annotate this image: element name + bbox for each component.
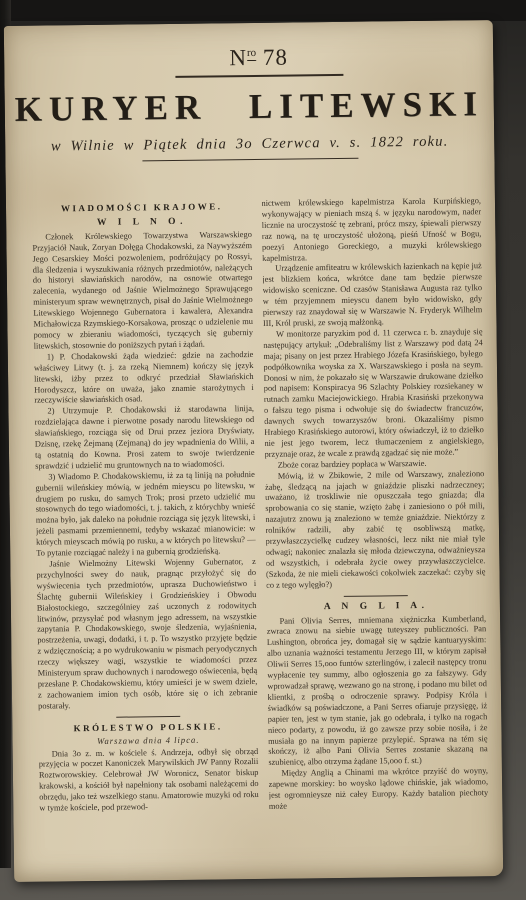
masthead-rule-bottom bbox=[142, 157, 358, 161]
masthead-rule-top bbox=[175, 74, 343, 78]
para: 1) P. Chodakowski żąda wiedzieć: gdzie n… bbox=[34, 350, 254, 407]
masthead: Nro 78 KURYER LITEWSKI w Wilnie w Piątek… bbox=[4, 20, 495, 163]
para: 3) Wiadomo P. Chodakowskiemu, iż za tą l… bbox=[35, 470, 256, 560]
issue-number: Nro 78 bbox=[14, 42, 503, 74]
rule bbox=[116, 716, 180, 718]
newspaper-page: Nro 78 KURYER LITEWSKI w Wilnie w Piątek… bbox=[4, 20, 503, 882]
dateline: Warszawa dnia 4 lipca. bbox=[38, 734, 258, 748]
para: W monitorze paryzkim pod d. 11 czerwca r… bbox=[263, 327, 484, 461]
para: Między Anglią a Chinami ma wkrótce przyi… bbox=[268, 766, 488, 812]
body-columns: WIADOMOŚCI KRAJOWE.W I L N O.Członek Kró… bbox=[32, 192, 489, 873]
masthead-dateline: w Wilnie w Piątek dnia 3o Czerwca v. s. … bbox=[5, 133, 494, 156]
scan-border-top bbox=[0, 0, 526, 21]
para: Jaśnie Wielmożny Litewski Wojenny Gubern… bbox=[36, 557, 257, 712]
para: Mówią, iż w Zbikowie, 2 mile od Warszawy… bbox=[265, 469, 486, 592]
para: Pani Olivia Serres, mniemana xiężniczka … bbox=[267, 614, 488, 769]
right-column: nictwem królewskiego kapelmistrza Karola… bbox=[261, 192, 489, 871]
section-header: WIADOMOŚCI KRAJOWE. bbox=[32, 201, 252, 215]
place-header: A N G L I A. bbox=[266, 600, 486, 614]
newspaper-title: KURYER LITEWSKI bbox=[5, 84, 494, 130]
place-header: W I L N O. bbox=[32, 216, 252, 230]
para: Członek Królewskiego Towarzystwa Warszaw… bbox=[32, 230, 253, 353]
para: 2) Utrzymuje P. Chodakowski iż starodawn… bbox=[34, 404, 254, 472]
para-cont: nictwem królewskiego kapelmistrza Karola… bbox=[261, 196, 481, 264]
left-column: WIADOMOŚCI KRAJOWE.W I L N O.Członek Kró… bbox=[32, 195, 260, 874]
rule bbox=[344, 595, 408, 597]
para: Dnia 3o z. m. w kościele ś. Andrzeja, od… bbox=[39, 746, 259, 814]
issue-superscript: ro bbox=[247, 47, 256, 61]
section-header: KRÓLESTWO POLSKIE. bbox=[38, 721, 258, 735]
para: Urządzenie amfiteatru w królewskich łazi… bbox=[262, 262, 482, 330]
